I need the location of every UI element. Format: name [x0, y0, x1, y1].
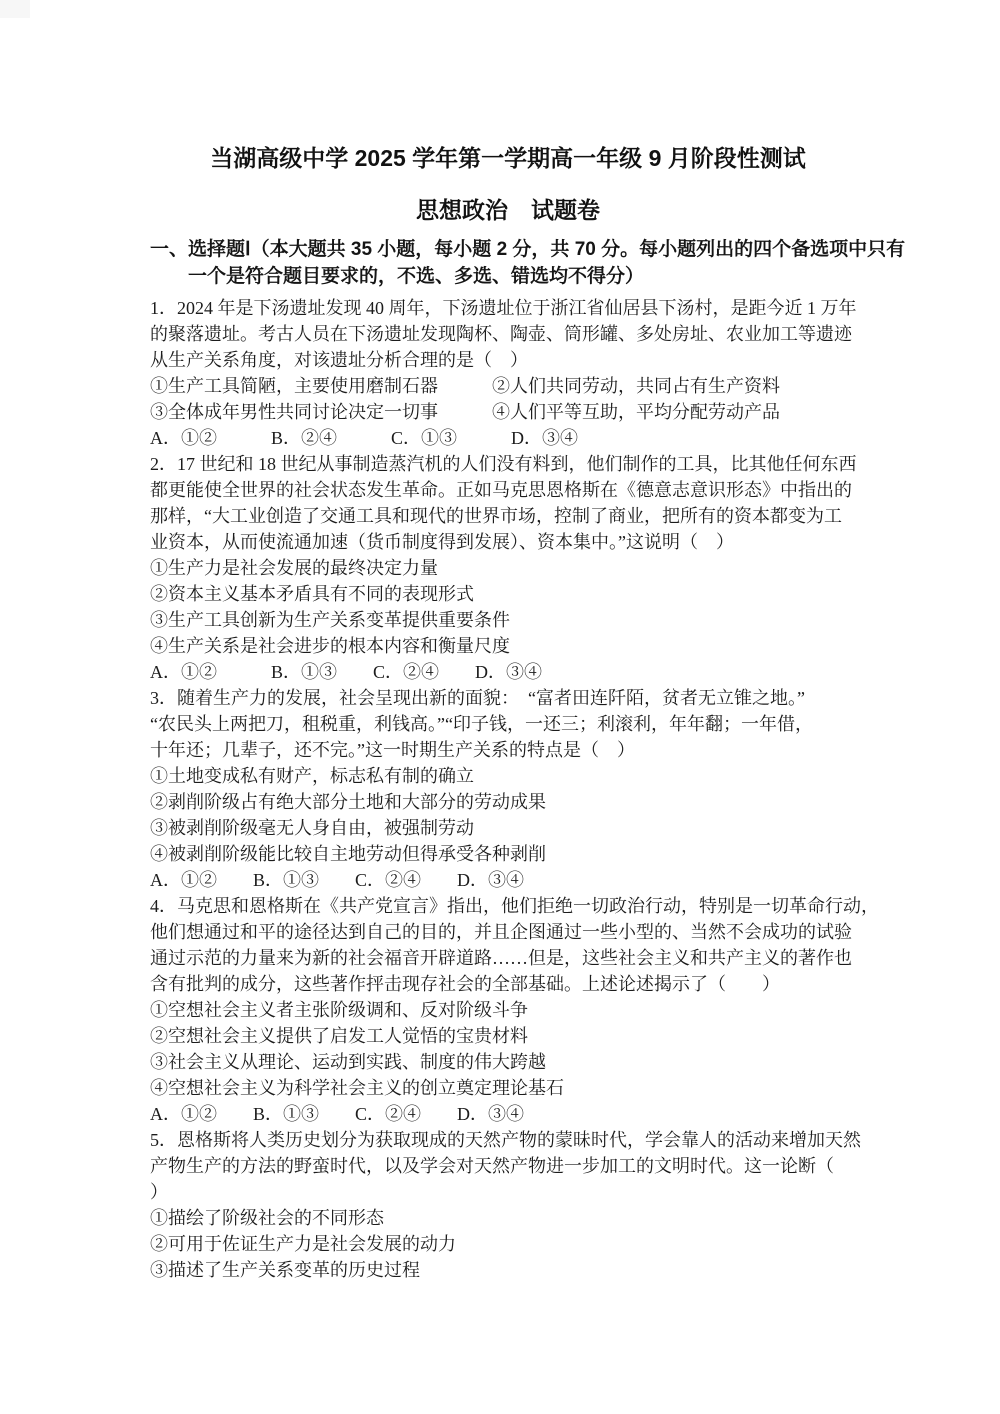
q2-choices-line: A．①② B．①③ C．②④ D．③④ — [150, 659, 866, 685]
q5-option-line-1: ①描绘了阶级社会的不同形态 — [150, 1205, 866, 1231]
questions-body: 1．2024 年是下汤遗址发现 40 周年，下汤遗址位于浙江省仙居县下汤村，是距… — [150, 295, 866, 1283]
q2-option-line-2: ②资本主义基本矛盾具有不同的表现形式 — [150, 581, 866, 607]
document-page: 当湖高级中学 2025 学年第一学期高一年级 9 月阶段性测试 思想政治 试题卷… — [0, 0, 1000, 1414]
q1-choices-line: A．①② B．②④ C．①③ D．③④ — [150, 425, 866, 451]
question-4: 4．马克思和恩格斯在《共产党宣言》指出，他们拒绝一切政治行动，特别是一切革命行动… — [150, 893, 866, 1127]
q3-option-line-3: ③被剥削阶级毫无人身自由，被强制劳动 — [150, 815, 866, 841]
q5-option-line-3: ③描述了生产关系变革的历史过程 — [150, 1257, 866, 1283]
q1-option-line-1: ①生产工具简陋，主要使用磨制石器 ②人们共同劳动，共同占有生产资料 — [150, 373, 866, 399]
q5-stem-line-2: 产物生产的方法的野蛮时代，以及学会对天然产物进一步加工的文明时代。这一论断（ — [150, 1153, 866, 1179]
q4-stem-line-3: 通过示范的力量来为新的社会福音开辟道路……但是，这些社会主义和共产主义的著作也 — [150, 945, 866, 971]
q4-option-line-3: ③社会主义从理论、运动到实践、制度的伟大跨越 — [150, 1049, 866, 1075]
question-3: 3．随着生产力的发展，社会呈现出新的面貌： “富者田连阡陌，贫者无立锥之地。” … — [150, 685, 866, 893]
q2-option-line-3: ③生产工具创新为生产关系变革提供重要条件 — [150, 607, 866, 633]
q2-stem-line-3: 那样，“大工业创造了交通工具和现代的世界市场，控制了商业，把所有的资本都变为工 — [150, 503, 866, 529]
question-2: 2．17 世纪和 18 世纪从事制造蒸汽机的人们没有料到，他们制作的工具，比其他… — [150, 451, 866, 685]
q3-stem-line-3: 十年还；几辈子，还不完。”这一时期生产关系的特点是（ ） — [150, 737, 866, 763]
q4-stem-line-2: 他们想通过和平的途径达到自己的目的，并且企图通过一些小型的、当然不会成功的试验 — [150, 919, 866, 945]
q1-stem-line-1: 1．2024 年是下汤遗址发现 40 周年，下汤遗址位于浙江省仙居县下汤村，是距… — [150, 295, 866, 321]
q3-stem-line-1: 3．随着生产力的发展，社会呈现出新的面貌： “富者田连阡陌，贫者无立锥之地。” — [150, 685, 866, 711]
doc-subtitle: 思想政治 试题卷 — [150, 194, 866, 226]
q3-choices-line: A．①② B．①③ C．②④ D．③④ — [150, 867, 866, 893]
q5-stem-line-1: 5．恩格斯将人类历史划分为获取现成的天然产物的蒙昧时代，学会靠人的活动来增加天然 — [150, 1127, 866, 1153]
q4-option-line-4: ④空想社会主义为科学社会主义的创立奠定理论基石 — [150, 1075, 866, 1101]
q3-option-line-2: ②剥削阶级占有绝大部分土地和大部分的劳动成果 — [150, 789, 866, 815]
q5-option-line-2: ②可用于佐证生产力是社会发展的动力 — [150, 1231, 866, 1257]
q2-stem-line-4: 业资本，从而使流通加速（货币制度得到发展）、资本集中。”这说明（ ） — [150, 529, 866, 555]
q2-stem-line-2: 都更能使全世界的社会状态发生革命。正如马克思恩格斯在《德意志意识形态》中指出的 — [150, 477, 866, 503]
q2-stem-line-1: 2．17 世纪和 18 世纪从事制造蒸汽机的人们没有料到，他们制作的工具，比其他… — [150, 451, 866, 477]
scan-artifact — [0, 0, 30, 18]
section-heading-line-1: 一、选择题Ⅰ（本大题共 35 小题，每小题 2 分，共 70 分。每小题列出的四… — [150, 236, 866, 263]
exam-document: 当湖高级中学 2025 学年第一学期高一年级 9 月阶段性测试 思想政治 试题卷… — [150, 142, 866, 1283]
question-1: 1．2024 年是下汤遗址发现 40 周年，下汤遗址位于浙江省仙居县下汤村，是距… — [150, 295, 866, 451]
question-5: 5．恩格斯将人类历史划分为获取现成的天然产物的蒙昧时代，学会靠人的活动来增加天然… — [150, 1127, 866, 1283]
q4-stem-line-4: 含有批判的成分，这些著作抨击现存社会的全部基础。上述论述揭示了（ ） — [150, 971, 866, 997]
doc-title: 当湖高级中学 2025 学年第一学期高一年级 9 月阶段性测试 — [150, 142, 866, 174]
q1-stem-line-2: 的聚落遗址。考古人员在下汤遗址发现陶杯、陶壶、筒形罐、多处房址、农业加工等遗迹 — [150, 321, 866, 347]
q4-choices-line: A．①② B．①③ C．②④ D．③④ — [150, 1101, 866, 1127]
q3-option-line-1: ①土地变成私有财产，标志私有制的确立 — [150, 763, 866, 789]
q2-option-line-4: ④生产关系是社会进步的根本内容和衡量尺度 — [150, 633, 866, 659]
q3-stem-line-2: “农民头上两把刀，租税重，利钱高。”“印子钱，一还三；利滚利，年年翻；一年借， — [150, 711, 866, 737]
q5-stem-line-3: ） — [150, 1179, 866, 1205]
q4-option-line-1: ①空想社会主义者主张阶级调和、反对阶级斗争 — [150, 997, 866, 1023]
q1-option-line-2: ③全体成年男性共同讨论决定一切事 ④人们平等互助，平均分配劳动产品 — [150, 399, 866, 425]
q1-stem-line-3: 从生产关系角度，对该遗址分析合理的是（ ） — [150, 347, 866, 373]
section-heading: 一、选择题Ⅰ（本大题共 35 小题，每小题 2 分，共 70 分。每小题列出的四… — [150, 236, 866, 290]
q4-option-line-2: ②空想社会主义提供了启发工人觉悟的宝贵材料 — [150, 1023, 866, 1049]
q3-option-line-4: ④被剥削阶级能比较自主地劳动但得承受各种剥削 — [150, 841, 866, 867]
q2-option-line-1: ①生产力是社会发展的最终决定力量 — [150, 555, 866, 581]
q4-stem-line-1: 4．马克思和恩格斯在《共产党宣言》指出，他们拒绝一切政治行动，特别是一切革命行动… — [150, 893, 866, 919]
section-heading-line-2: 一个是符合题目要求的，不选、多选、错选均不得分） — [150, 263, 866, 290]
